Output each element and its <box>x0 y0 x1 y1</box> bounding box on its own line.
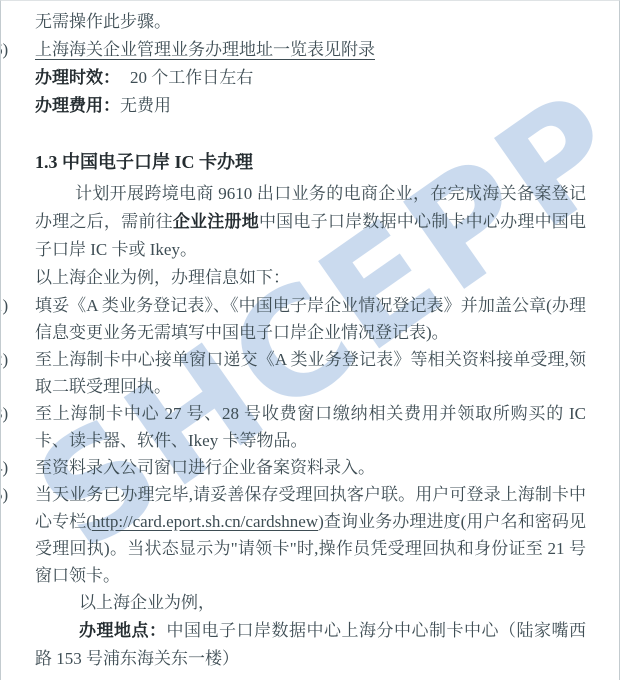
step-item-2: 2) 至上海制卡中心接单窗口递交《A 类业务登记表》等相关资料接单受理,领取二联… <box>35 346 586 400</box>
step-text-3: 至上海制卡中心 27 号、28 号收费窗口缴纳相关费用并领取所购买的 IC 卡、… <box>35 404 586 450</box>
processing-fee-label: 办理费用： <box>35 96 120 115</box>
list-number-6: 6) <box>0 36 8 64</box>
paragraph-no-action: 无需操作此步骤。 <box>35 8 586 36</box>
step-text-1: 填妥《A 类业务登记表》、《中国电子岸企业情况登记表》并加盖公章(办理信息变更业… <box>35 296 586 342</box>
example-line-2: 以上海企业为例， <box>35 589 586 617</box>
intro-paragraph: 计划开展跨境电商 9610 出口业务的电商企业，在完成海关备案登记办理之后，需前… <box>35 180 586 264</box>
location-label: 办理地点： <box>79 621 167 640</box>
processing-time-label: 办理时效： <box>35 68 120 87</box>
location-row: 办理地点：中国电子口岸数据中心上海分中心制卡中心（陆家嘴西路 153 号浦东海关… <box>35 617 586 673</box>
step-text-2: 至上海制卡中心接单窗口递交《A 类业务登记表》等相关资料接单受理,领取二联受理回… <box>35 350 586 396</box>
step-number-4: 4) <box>0 454 8 481</box>
example-intro-line: 以上海企业为例，办理信息如下： <box>35 264 586 292</box>
processing-fee-row: 办理费用：无费用 <box>35 92 586 120</box>
processing-fee-value: 无费用 <box>120 96 171 115</box>
eport-card-center-link[interactable]: http://card.eport.sh.cn/cardshnew <box>92 512 318 531</box>
step-item-4: 4) 至资料录入公司窗口进行企业备案资料录入。 <box>35 454 586 481</box>
list-item-6: 6) 上海海关企业管理业务办理地址一览表见附录 <box>35 36 586 64</box>
appendix-reference-text: 上海海关企业管理业务办理地址一览表见附录 <box>35 40 375 59</box>
step-number-3: 3) <box>0 400 8 427</box>
section-heading: 1.3 中国电子口岸 IC 卡办理 <box>35 148 586 176</box>
step-number-2: 2) <box>0 346 8 373</box>
step-item-5: 5) 当天业务已办理完毕,请妥善保存受理回执客户联。用户可登录上海制卡中心专栏(… <box>35 481 586 589</box>
step-number-5: 5) <box>0 481 8 508</box>
processing-time-value: 20 个工作日左右 <box>130 68 253 87</box>
step-text-4: 至资料录入公司窗口进行企业备案资料录入。 <box>35 458 375 477</box>
processing-time-row: 办理时效：20 个工作日左右 <box>35 64 586 92</box>
step-item-3: 3) 至上海制卡中心 27 号、28 号收费窗口缴纳相关费用并领取所购买的 IC… <box>35 400 586 454</box>
document-content: 无需操作此步骤。 6) 上海海关企业管理业务办理地址一览表见附录 办理时效：20… <box>1 1 619 673</box>
document-page: SHCEPP 无需操作此步骤。 6) 上海海关企业管理业务办理地址一览表见附录 … <box>0 0 620 680</box>
step-number-1: 1) <box>0 292 8 319</box>
step-item-1: 1) 填妥《A 类业务登记表》、《中国电子岸企业情况登记表》并加盖公章(办理信息… <box>35 292 586 346</box>
intro-text-bold: 企业注册地 <box>173 212 259 231</box>
